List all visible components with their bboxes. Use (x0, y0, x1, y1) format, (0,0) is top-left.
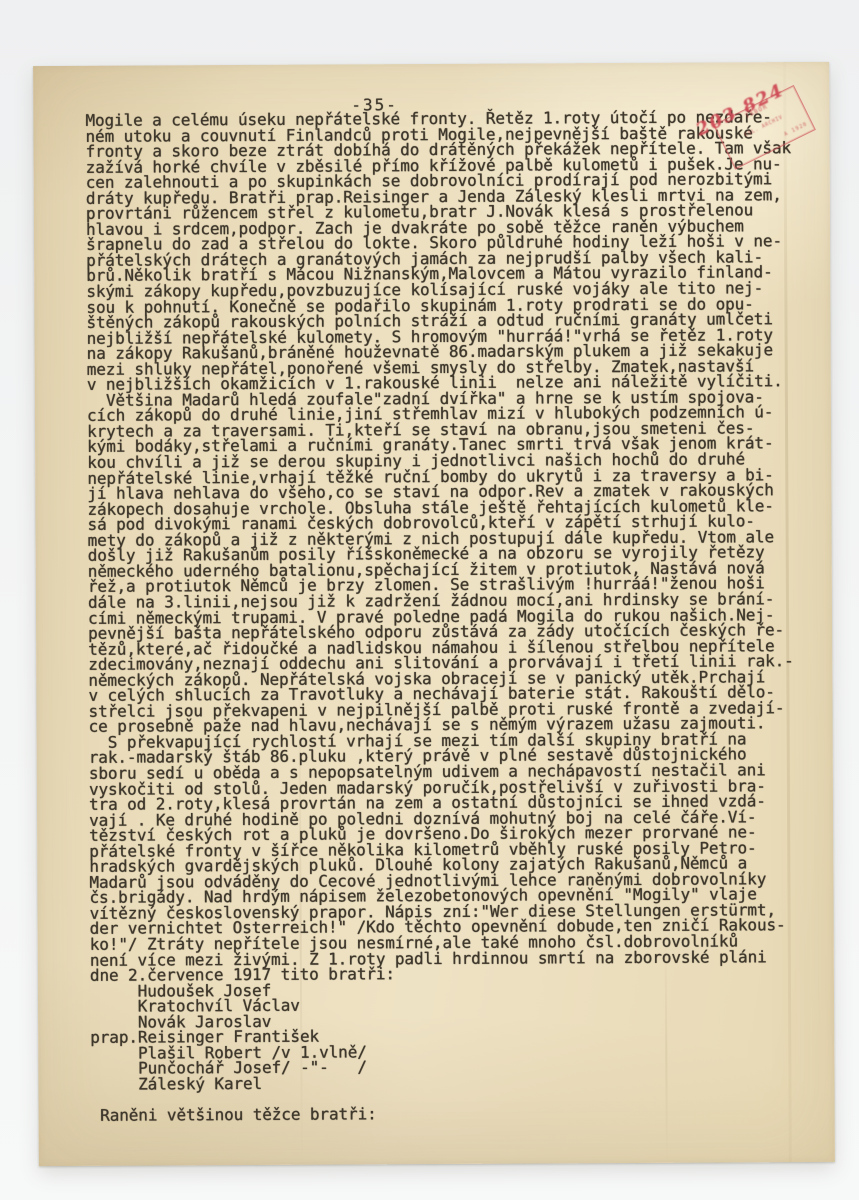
scanned-page-photo: -35- Mogile a celému úseku nepřátelské f… (0, 0, 859, 1200)
archive-stamp: TÁBOR ČSL. ARCHIV A 1920 203 824 (697, 70, 838, 186)
document-page: -35- Mogile a celému úseku nepřátelské f… (33, 62, 835, 1166)
typed-body-text: Mogile a celému úseku nepřátelské fronty… (85, 109, 796, 1123)
